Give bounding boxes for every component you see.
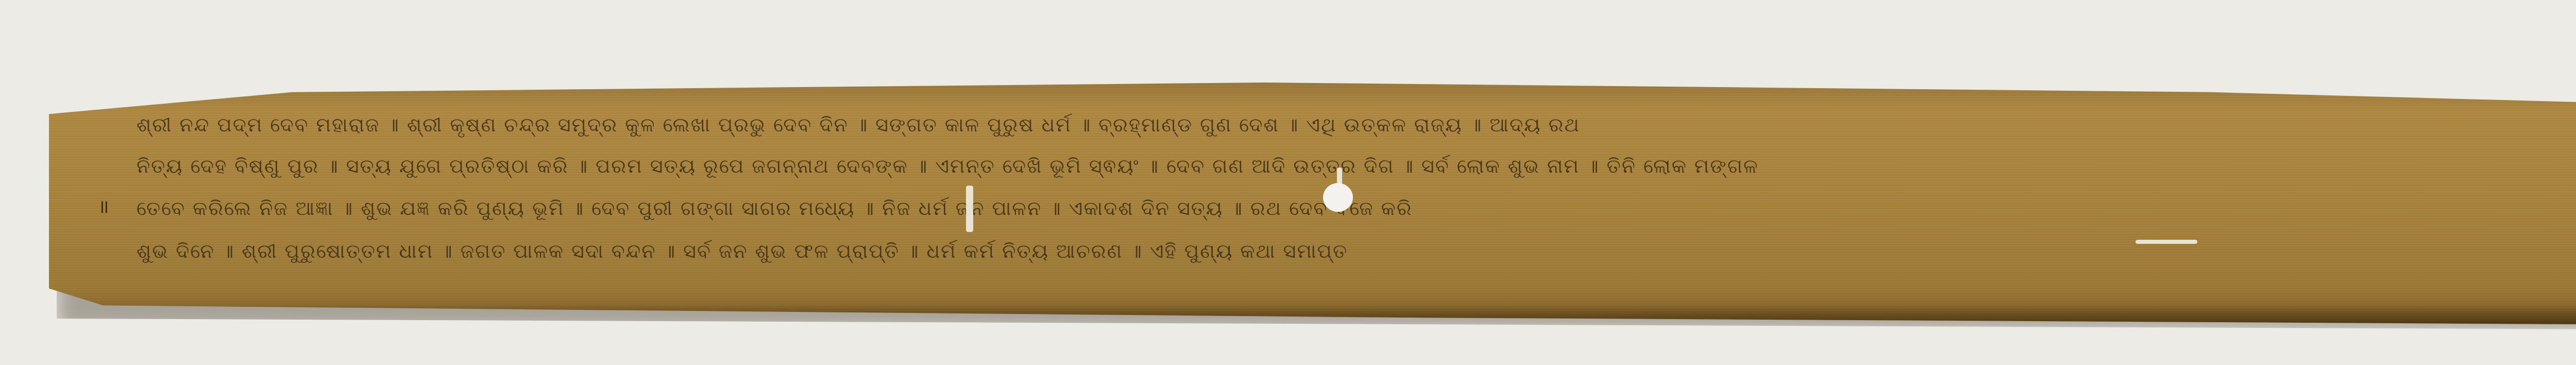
margin-mark: ॥	[98, 193, 109, 219]
worm-damage	[2136, 240, 2197, 244]
manuscript-line-2: ନିତ୍ୟ ଦେହ ବିଷ୍ଣୁ ପୁର ॥ ସତ୍ୟ ଯୁଗେ ପ୍ରତିଷ୍…	[137, 155, 2576, 186]
manuscript-line-3: ତେବେ କରିଲେ ନିଜ ଆଜ୍ଞା ॥ ଶୁଭ ଯଜ୍ଞ କରି ପୁଣ୍…	[137, 197, 2576, 228]
manuscript-line-4: ଶୁଭ ଦିନେ ॥ ଶ୍ରୀ ପୁରୁଷୋତ୍ତମ ଧାମ ॥ ଜଗତ ପାଳ…	[137, 240, 2576, 271]
palm-leaf: ଶ୍ରୀ ନନ୍ଦ ପଦ୍ମ ଦେବ ମହାରାଜ ॥ ଶ୍ରୀ କୃଷ୍ଣ ଚ…	[49, 82, 2576, 325]
string-hole	[1323, 183, 1353, 212]
worm-damage	[966, 186, 973, 232]
manuscript-line-1: ଶ୍ରୀ ନନ୍ଦ ପଦ୍ମ ଦେବ ମହାରାଜ ॥ ଶ୍ରୀ କୃଷ୍ଣ ଚ…	[137, 113, 2576, 144]
